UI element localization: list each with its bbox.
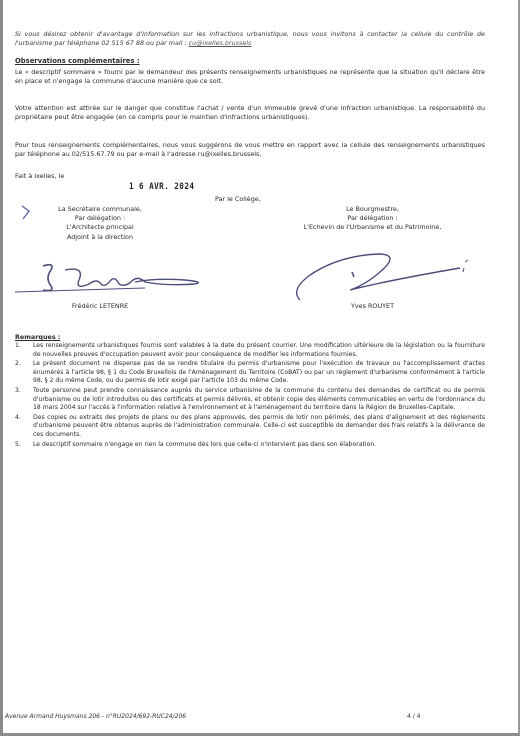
college-label: Par le Collège, — [215, 195, 261, 203]
list-item-text: Les renseignements urbanistiques fournis… — [33, 342, 485, 358]
remarques-title: Remarques : — [15, 333, 60, 341]
list-item-text: Des copies ou extraits des projets de pl… — [33, 414, 485, 438]
signatory-right-line: Par délégation : — [260, 214, 485, 223]
signatory-left-name: Frédéric LETENRE — [15, 302, 185, 310]
list-item-number: 4. — [15, 414, 21, 423]
signatory-left-block: La Secrétaire communale, Par délégation … — [15, 205, 185, 242]
page-number: 4 / 4 — [407, 713, 420, 720]
signatory-left-line: Par délégation : — [15, 214, 185, 223]
signatory-right-name: Yves ROUYET — [260, 302, 485, 310]
signatory-right-line: Le Bourgmestre, — [260, 205, 485, 214]
signatory-right-block: Le Bourgmestre, Par délégation : L'Echev… — [260, 205, 485, 233]
observation-paragraph: Votre attention est attirée sur le dange… — [15, 104, 485, 123]
signatory-right-line: L'Echevin de l'Urbanisme et du Patrimoin… — [260, 223, 485, 232]
contact-email-link[interactable]: cu@ixelles.brussels — [189, 39, 252, 47]
list-item-text: Le présent document ne dispense pas de s… — [33, 360, 485, 384]
observations-title: Observations complémentaires : — [15, 57, 140, 65]
list-item: 4.Des copies ou extraits des projets de … — [15, 414, 485, 440]
place-label: Fait à Ixelles, le — [15, 172, 64, 180]
list-item: 5.Le descriptif sommaire n'engage en rie… — [15, 441, 485, 450]
intro-paragraph: Si vous désirez obtenir d'avantage d'inf… — [15, 30, 485, 49]
signatory-left-line: Adjoint à la direction — [15, 233, 185, 242]
footer-reference: Avenue Armand Huysmans 206 - n°RU2024/69… — [5, 713, 186, 720]
signatory-left-line: L'Architecte principal — [15, 223, 185, 232]
list-item: 1.Les renseignements urbanistiques fourn… — [15, 342, 485, 359]
list-item-number: 1. — [15, 342, 21, 351]
remarques-list: 1.Les renseignements urbanistiques fourn… — [15, 342, 485, 450]
signatory-left-line: La Secrétaire communale, — [15, 205, 185, 214]
signature-left-image — [15, 258, 215, 298]
list-item-text: Toute personne peut prendre connaissance… — [33, 387, 485, 411]
date-stamp: 1 6 AVR. 2024 — [129, 182, 194, 192]
list-item-text: Le descriptif sommaire n'engage en rien … — [33, 441, 376, 448]
observation-paragraph: Le « descriptif sommaire » fourni par le… — [15, 68, 485, 87]
signature-right-image — [280, 250, 480, 305]
list-item-number: 5. — [15, 441, 21, 450]
list-item-number: 3. — [15, 387, 21, 396]
list-item: 3.Toute personne peut prendre connaissan… — [15, 387, 485, 413]
list-item: 2.Le présent document ne dispense pas de… — [15, 360, 485, 386]
observation-paragraph: Pour tous renseignements complémentaires… — [15, 141, 485, 160]
list-item-number: 2. — [15, 360, 21, 369]
